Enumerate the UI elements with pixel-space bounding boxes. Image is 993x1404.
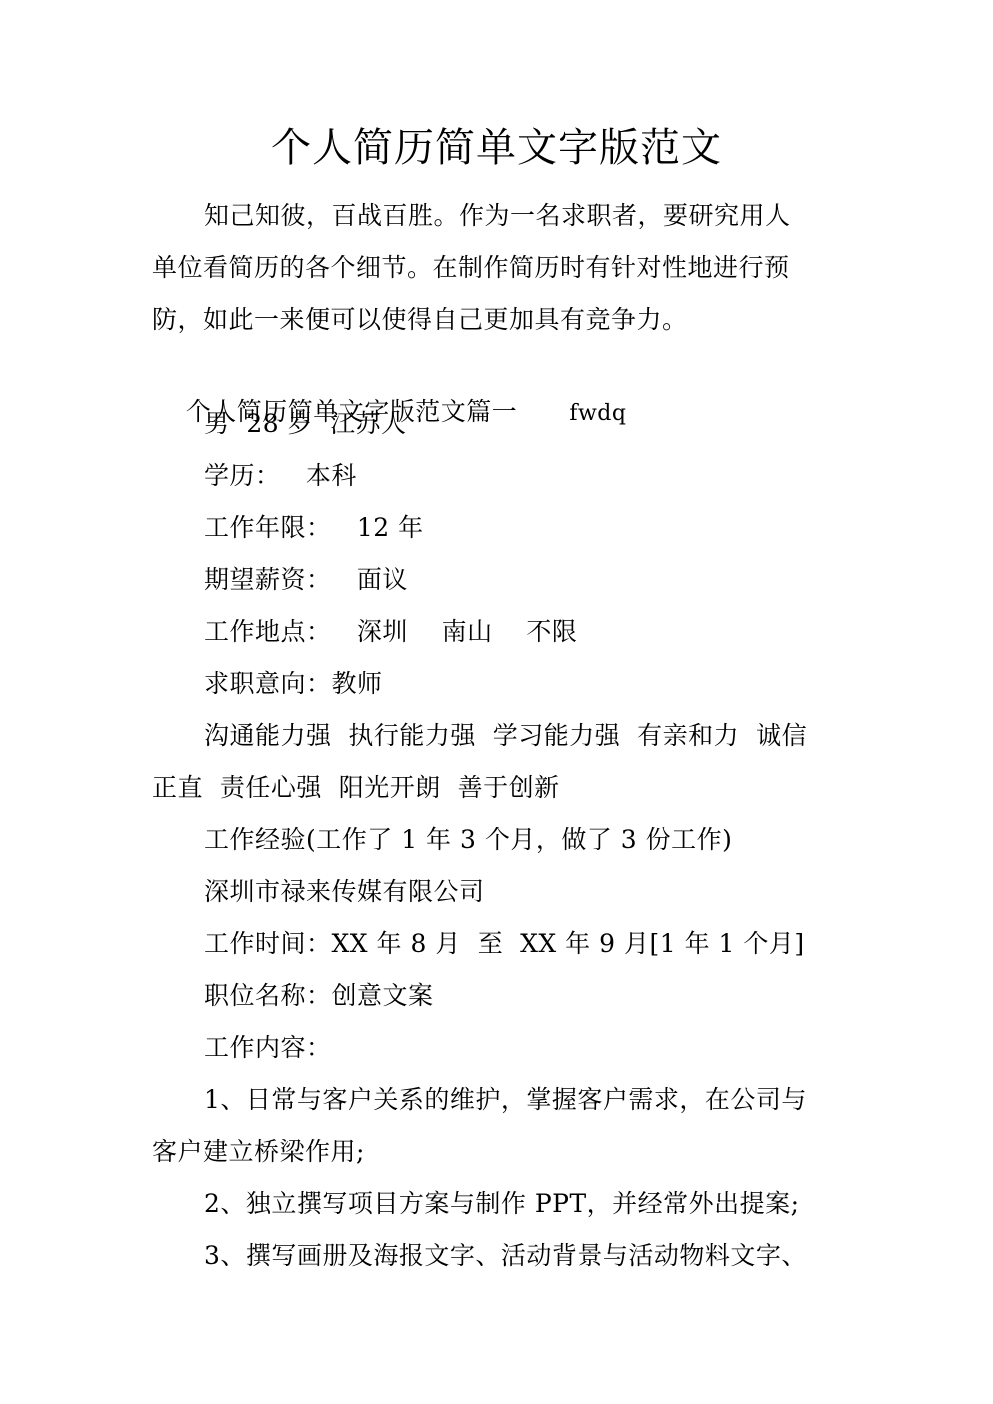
intro-line-1: 知己知彼，百战百胜。作为一名求职者，要研究用人 [204,196,791,236]
document-page: 个人简历简单文字版范文 知己知彼，百战百胜。作为一名求职者，要研究用人 单位看简… [0,0,993,1404]
duty-1-line-1: 1、日常与客户关系的维护，掌握客户需求，在公司与 [204,1080,807,1120]
duty-1-line-2: 客户建立桥梁作用; [152,1132,365,1172]
experience-company: 深圳市禄来传媒有限公司 [204,872,485,912]
profile-education: 学历： 本科 [204,456,357,496]
duty-2-line-1: 2、独立撰写项目方案与制作 PPT，并经常外出提案; [204,1184,800,1224]
duty-3-line-1: 3、撰写画册及海报文字、活动背景与活动物料文字、 [204,1236,807,1276]
profile-basic: 男 28 岁 江苏人 [204,404,407,444]
experience-content-label: 工作内容： [204,1028,332,1068]
profile-job-intention: 求职意向：教师 [204,664,383,704]
strengths-line-2: 正直 责任心强 阳光开朗 善于创新 [152,768,560,808]
experience-period: 工作时间：XX 年 8 月 至 XX 年 9 月[1 年 1 个月] [204,924,805,964]
intro-line-3: 防，如此一来便可以使得自己更加具有竞争力。 [152,300,688,340]
profile-expected-salary: 期望薪资： 面议 [204,560,408,600]
section-code: fwdq [569,401,626,426]
profile-years-of-work: 工作年限： 12 年 [204,508,424,548]
strengths-line-1: 沟通能力强 执行能力强 学习能力强 有亲和力 诚信 [204,716,807,756]
document-title: 个人简历简单文字版范文 [0,118,993,178]
experience-position: 职位名称：创意文案 [204,976,434,1016]
experience-summary: 工作经验(工作了 1 年 3 个月，做了 3 份工作) [204,820,732,860]
intro-line-2: 单位看简历的各个细节。在制作简历时有针对性地进行预 [152,248,790,288]
profile-work-location: 工作地点： 深圳 南山 不限 [204,612,577,652]
